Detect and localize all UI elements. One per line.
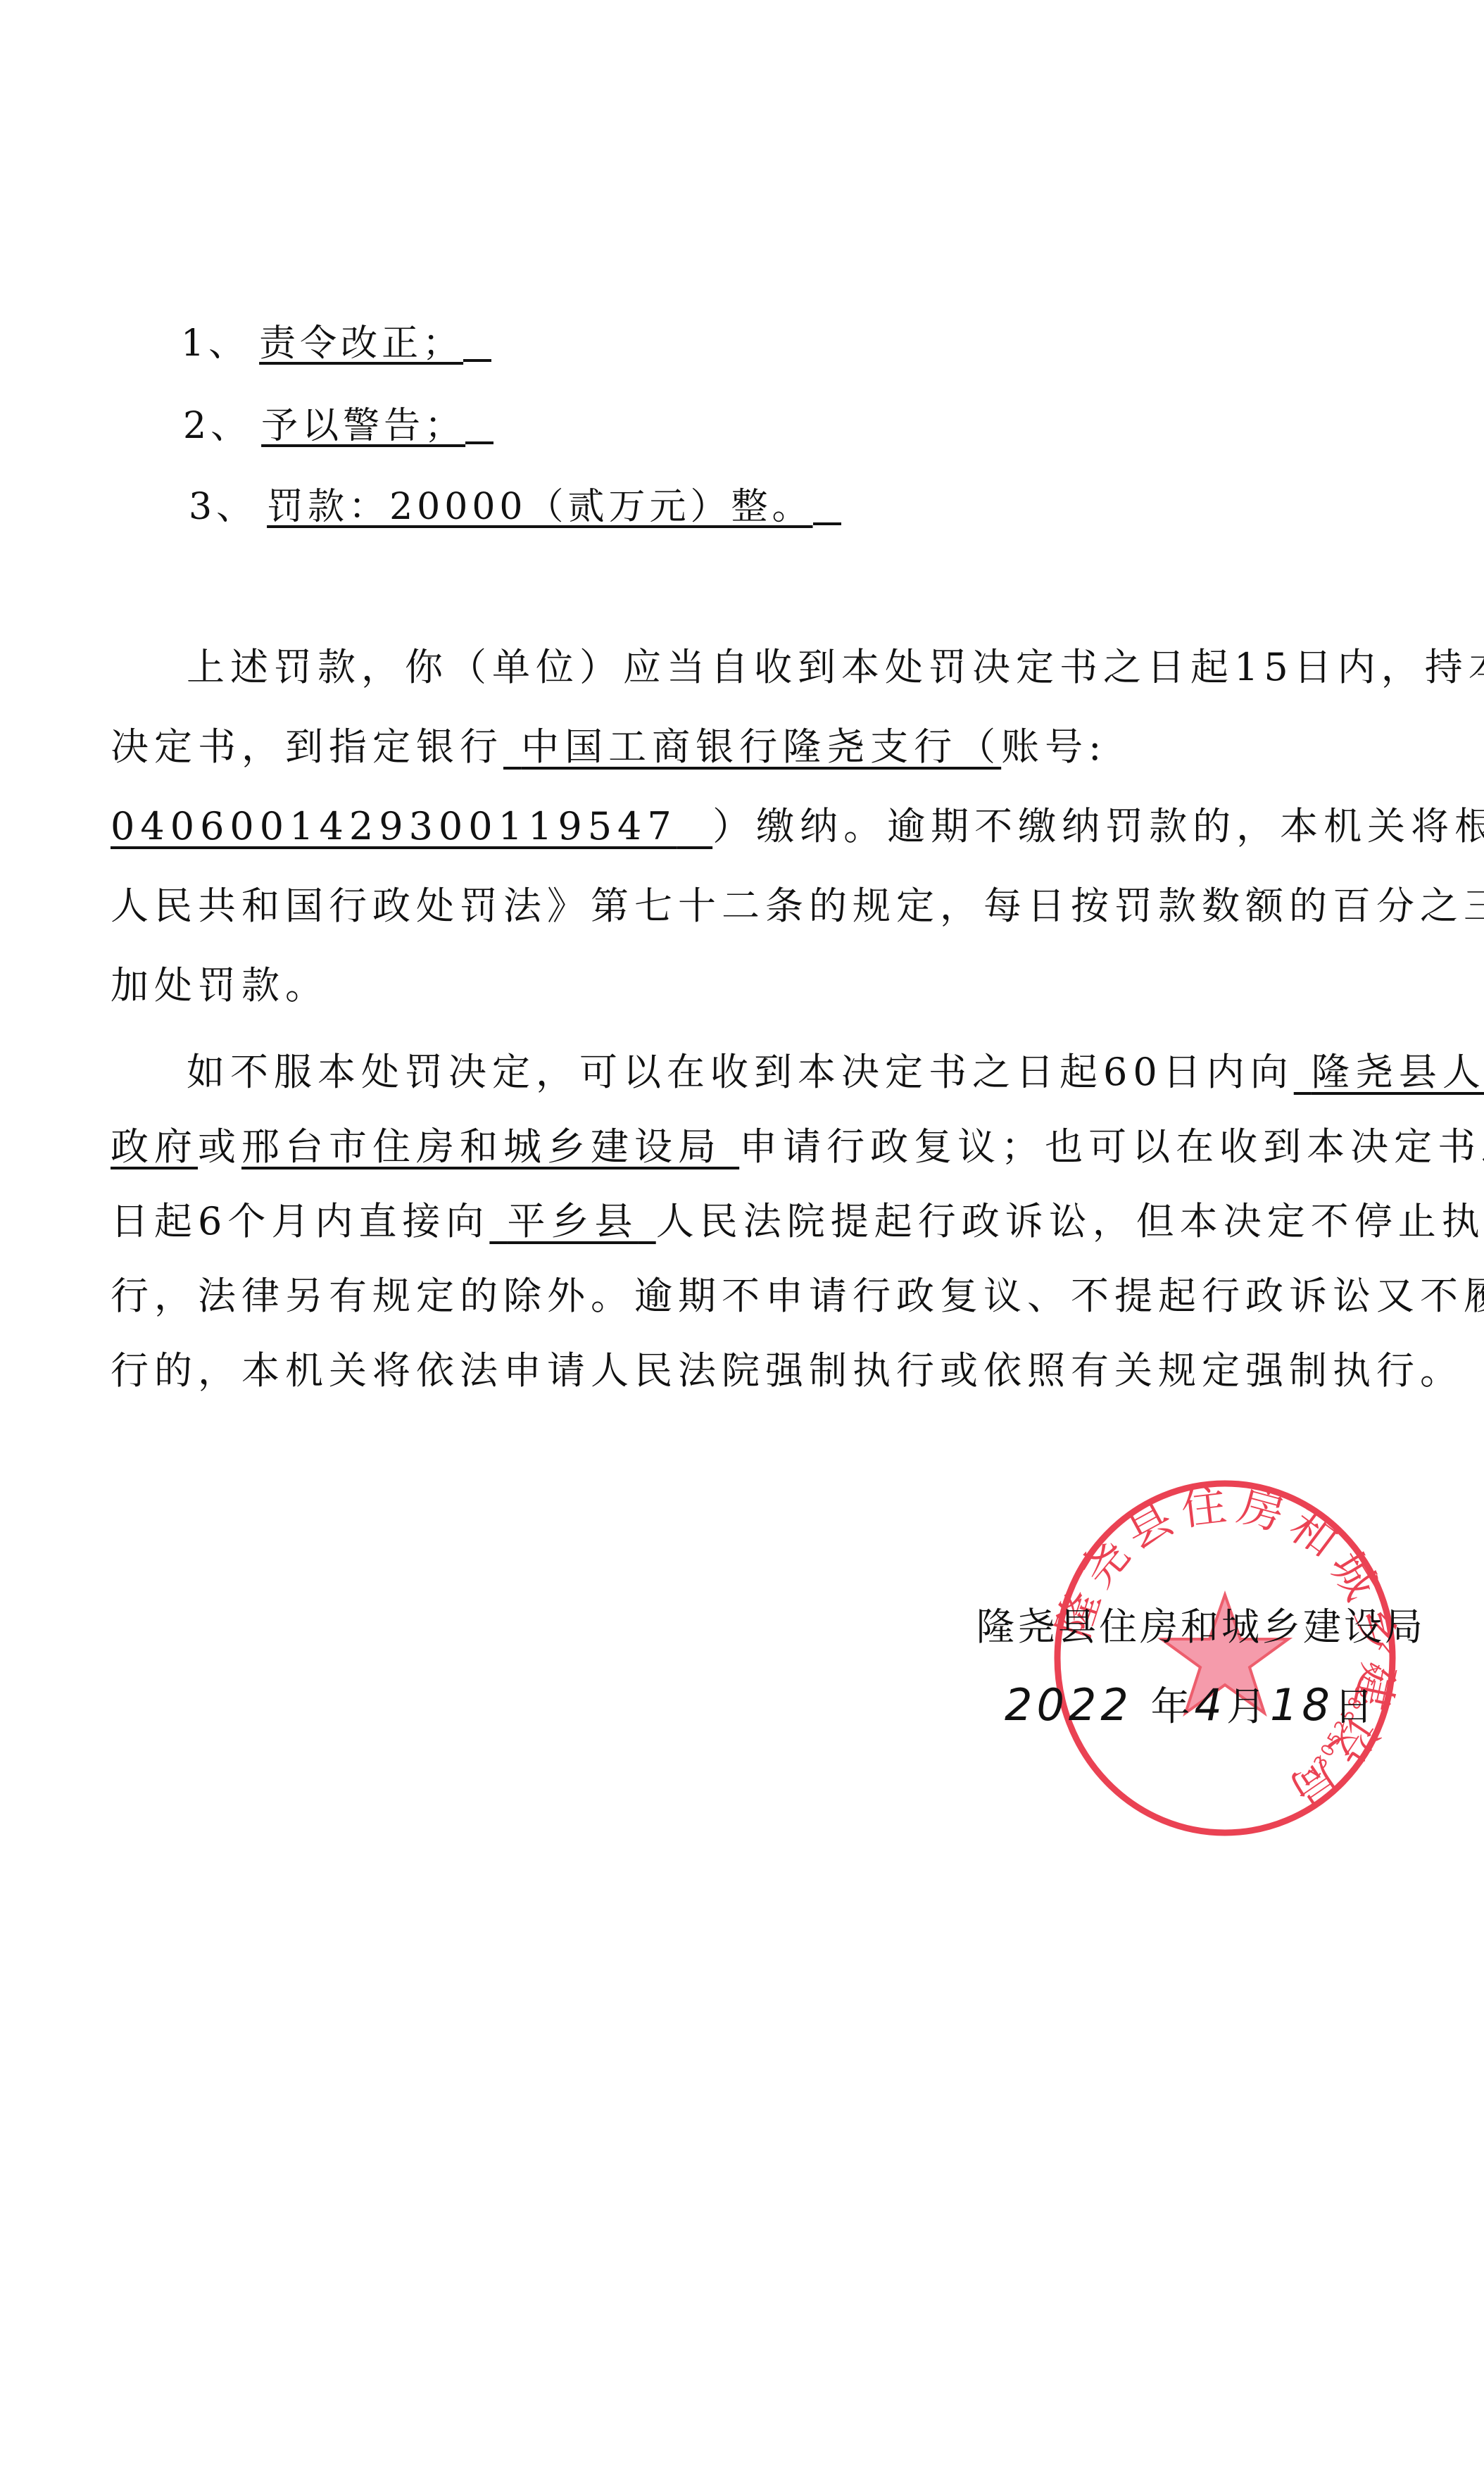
paragraph-line: 决定书，到指定银行 中国工商银行隆尧支行（账号:: [111, 707, 1385, 786]
penalty-item-1: 1、责令改正；: [181, 322, 491, 365]
item-text: 予以警告；: [261, 405, 465, 447]
paragraph-line: 上述罚款，你（单位）应当自收到本处罚决定书之日起15日内，持本: [111, 627, 1385, 707]
issuing-organization: 隆尧县住房和城乡建设局: [976, 1597, 1426, 1651]
date-year: 2022: [1005, 1679, 1133, 1731]
date-month: 4: [1195, 1679, 1226, 1731]
paragraph-line: 政府或邢台市住房和城乡建设局 申请行政复议；也可以在收到本决定书之: [111, 1110, 1385, 1184]
penalty-item-2: 2、予以警告；: [183, 405, 493, 447]
paragraph-line: 日起6个月内直接向 平乡县 人民法院提起行政诉讼，但本决定不停止执: [111, 1184, 1385, 1259]
penalty-item-3: 3、罚款：20000（贰万元）整。: [189, 486, 841, 528]
paragraph-line: 加处罚款。: [111, 946, 1385, 1025]
item-number: 2、: [183, 405, 251, 447]
item-text: 罚款：20000（贰万元）整。: [267, 486, 812, 528]
account-number-field: 0406001429300119547: [111, 804, 712, 848]
paragraph-line: 0406001429300119547 ）缴纳。逾期不缴纳罚款的，本机关将根据《…: [111, 786, 1385, 866]
item-number: 1、: [181, 322, 249, 365]
underline-blank: [465, 441, 493, 444]
item-text: 责令改正；: [259, 322, 463, 365]
paragraph-line: 行的，本机关将依法申请人民法院强制执行或依照有关规定强制执行。: [111, 1334, 1385, 1408]
reconsideration-body-field: 政府: [111, 1124, 198, 1169]
bank-name-field: 中国工商银行隆尧支行（: [503, 724, 1001, 769]
official-seal-stamp: 隆尧县住房和城乡建设局 1305258814 7: [1049, 1479, 1401, 1838]
date-day: 18: [1270, 1679, 1334, 1731]
paragraph-line: 人民共和国行政处罚法》第七十二条的规定，每日按罚款数额的百分之三: [111, 866, 1385, 946]
document-page: 1、责令改正； 2、予以警告； 3、罚款：20000（贰万元）整。 上述罚款，你…: [0, 0, 1484, 2484]
paragraph-line: 行，法律另有规定的除外。逾期不申请行政复议、不提起行政诉讼又不履: [111, 1259, 1385, 1334]
payment-paragraph: 上述罚款，你（单位）应当自收到本处罚决定书之日起15日内，持本 决定书，到指定银…: [111, 627, 1385, 1025]
item-number: 3、: [189, 486, 257, 528]
paragraph-line: 如不服本处罚决定，可以在收到本决定书之日起60日内向 隆尧县人民: [111, 1035, 1385, 1110]
underline-blank: [813, 522, 841, 525]
issue-date: 2022 年4月18日: [1005, 1676, 1378, 1732]
court-county-field: 平乡县: [489, 1199, 655, 1243]
underline-blank: [463, 359, 491, 362]
reconsideration-body-2-field: 邢台市住房和城乡建设局: [241, 1124, 739, 1169]
reconsideration-body-field: 隆尧县人民: [1294, 1050, 1484, 1094]
appeal-paragraph: 如不服本处罚决定，可以在收到本决定书之日起60日内向 隆尧县人民 政府或邢台市住…: [111, 1035, 1385, 1408]
